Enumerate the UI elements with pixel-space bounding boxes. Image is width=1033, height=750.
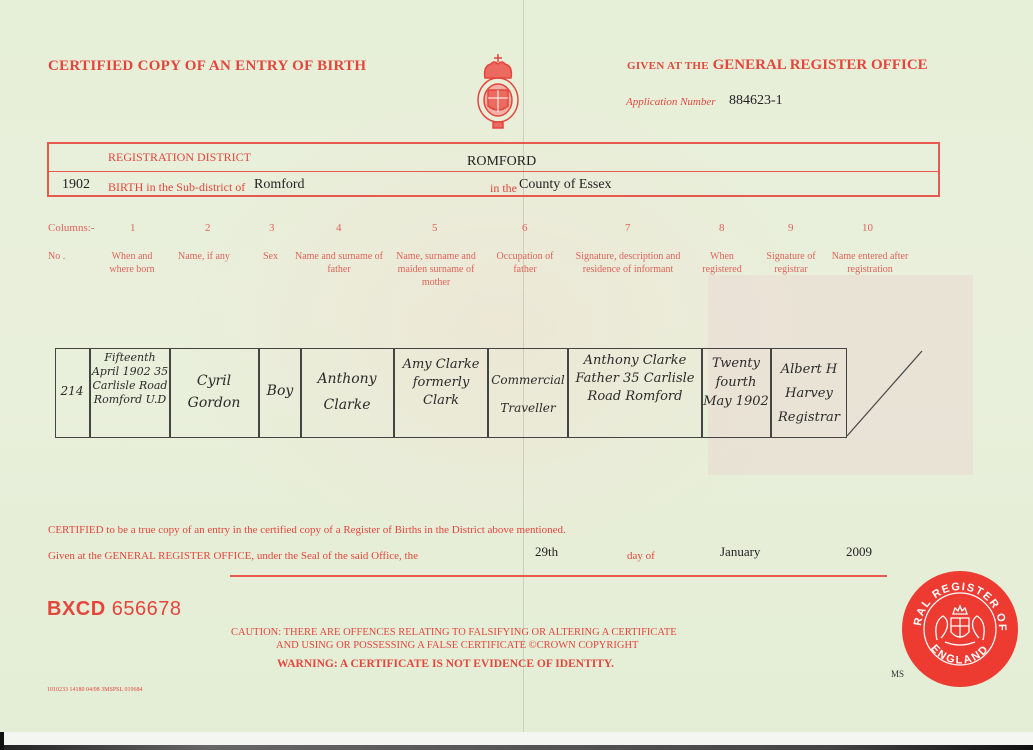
county-value: County of Essex <box>519 177 612 193</box>
certification-statement: CERTIFIED to be a true copy of an entry … <box>48 524 566 536</box>
identity-warning: WARNING: A CERTIFICATE IS NOT EVIDENCE O… <box>277 658 614 670</box>
given-at-statement: Given at the GENERAL REGISTER OFFICE, un… <box>48 550 418 562</box>
column-number-9: 9 <box>788 222 794 234</box>
entry-mother: Amy Clarke formerly Clark <box>395 356 487 410</box>
entry-when-where-born: Fifteenth April 1902 35 Carlisle Road Ro… <box>91 351 169 407</box>
column-number-10: 10 <box>862 222 873 234</box>
no-label: No . <box>48 250 65 263</box>
column-number-2: 2 <box>205 222 211 234</box>
royal-crest-icon <box>473 52 523 130</box>
scan-edge-shadow <box>0 745 1033 750</box>
certification-month: January <box>720 544 760 560</box>
serial-prefix: BXCD <box>47 598 106 620</box>
column-number-8: 8 <box>719 222 725 234</box>
day-of-label: day of <box>627 550 655 562</box>
caution-line-2: AND USING OR POSSESSING A FALSE CERTIFIC… <box>276 640 638 651</box>
certification-day: 29th <box>535 544 558 560</box>
column-number-3: 3 <box>269 222 275 234</box>
column-header-4: Name and surname of father <box>293 250 385 276</box>
in-the-label: in the <box>490 181 517 196</box>
column-header-10: Name entered after registration <box>828 250 912 276</box>
entry-number: 214 <box>55 384 89 398</box>
registration-year: 1902 <box>62 177 90 193</box>
clerk-initials: MS <box>891 669 904 679</box>
entry-occupation: Commercial Traveller <box>489 366 567 422</box>
application-number: 884623-1 <box>729 93 783 109</box>
columns-label: Columns:- <box>48 222 94 234</box>
entry-registrar: Albert H Harvey Registrar <box>772 358 846 430</box>
column-number-6: 6 <box>522 222 528 234</box>
column-header-6: Occupation of father <box>494 250 556 276</box>
subdistrict-value: Romford <box>254 177 305 193</box>
column-number-7: 7 <box>625 222 631 234</box>
caution-line-1: CAUTION: THERE ARE OFFENCES RELATING TO … <box>231 627 677 638</box>
district-divider <box>49 171 938 172</box>
column-header-9: Signature of registrar <box>760 250 822 276</box>
certification-year: 2009 <box>846 544 872 560</box>
issuing-office-name: GENERAL REGISTER OFFICE <box>713 57 928 73</box>
registration-district-value: ROMFORD <box>467 154 536 170</box>
scan-corner <box>0 732 4 750</box>
application-number-label: Application Number <box>626 96 716 108</box>
entry-when-registered: Twenty fourth May 1902 <box>703 354 769 411</box>
column-number-5: 5 <box>432 222 438 234</box>
column-number-4: 4 <box>336 222 342 234</box>
issuing-office-prefix: GIVEN AT THE <box>627 60 709 72</box>
signature-rule <box>230 575 887 577</box>
column-number-1: 1 <box>130 222 136 234</box>
certificate-serial: BXCD 656678 <box>47 598 181 621</box>
certificate-title: CERTIFIED COPY OF AN ENTRY OF BIRTH <box>48 58 366 75</box>
entry-sex: Boy <box>260 384 300 398</box>
general-register-office-seal-icon: GENERAL REGISTER OFFICE ENGLAND <box>901 570 1019 688</box>
issuing-office-title: GIVEN AT THE GENERAL REGISTER OFFICE <box>627 57 928 74</box>
register-entry-row: 214 Fifteenth April 1902 35 Carlisle Roa… <box>55 348 921 440</box>
entry-name: Cyril Gordon <box>171 370 257 414</box>
entry-father: Anthony Clarke <box>302 366 392 418</box>
column-header-3: Sex <box>263 250 278 263</box>
column-header-7: Signature, description and residence of … <box>568 250 688 276</box>
entry-informant: Anthony Clarke Father 35 Carlisle Road R… <box>569 352 701 406</box>
print-code: 1010233 14180 04/08 3MSPSL 019684 <box>47 687 142 693</box>
registration-district-label: REGISTRATION DISTRICT <box>108 150 251 165</box>
column-header-1: When and where born <box>100 250 164 276</box>
subdistrict-label: BIRTH in the Sub-district of <box>108 180 245 195</box>
column-header-2: Name, if any <box>178 250 230 263</box>
cancel-stroke <box>847 348 937 440</box>
column-header-5: Name, surname and maiden surname of moth… <box>388 250 484 289</box>
column-header-8: When registered <box>697 250 747 276</box>
serial-number: 656678 <box>112 598 182 620</box>
